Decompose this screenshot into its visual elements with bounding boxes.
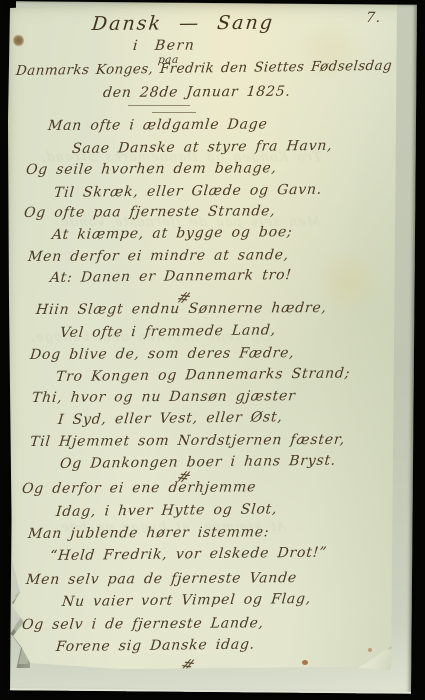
poem-line: Men selv paa de fjerneste Vande xyxy=(25,570,298,588)
rust-fleck xyxy=(302,660,308,665)
ink-stain xyxy=(13,34,24,47)
poem-line: Tro Kongen og Dannemarks Strand; xyxy=(55,365,351,385)
song-subtitle: i Bern xyxy=(132,38,196,54)
poem-line: Og Dankongen boer i hans Bryst. xyxy=(59,453,337,472)
date-line: den 28de Januar 1825. xyxy=(102,84,291,101)
poem-line: At kiæmpe, at bygge og boe; xyxy=(51,224,293,243)
page-number: 7. xyxy=(365,10,382,26)
rust-fleck xyxy=(368,648,372,652)
song-title: Dansk — Sang xyxy=(91,12,275,35)
header-rule xyxy=(152,112,196,113)
poem-line: Men derfor ei mindre at sande, xyxy=(27,247,290,265)
date-underline xyxy=(128,105,190,106)
poem-line: Man jublende hører istemme: xyxy=(27,524,270,542)
poem-line: Forene sig Danske idag. xyxy=(55,637,256,655)
poem-line: Og ofte paa fjerneste Strande, xyxy=(23,203,276,221)
manuscript-page: Tro Kongen og Dannemarks Strand; Men sel… xyxy=(0,0,425,700)
poem-line: Og selv i de fjerneste Lande, xyxy=(21,615,264,633)
poem-line: Nu vaier vort Vimpel og Flag, xyxy=(61,591,312,610)
poem-line: Og seile hvorhen dem behage, xyxy=(25,160,277,178)
poem-line: Til Hjemmet som Nordstjernen fæster, xyxy=(29,432,346,450)
poem-line: At: Danen er Dannemark tro! xyxy=(49,267,292,286)
poem-line: Til Skræk, eller Glæde og Gavn. xyxy=(53,182,323,201)
poem-line: Idag, i hver Hytte og Slot, xyxy=(55,501,278,520)
poem-line: Saae Danske at styre fra Havn, xyxy=(71,138,333,157)
dedication-line: Danmarks Konges, Fredrik den Siettes Fød… xyxy=(15,58,393,79)
poem-line: I Syd, eller Vest, eller Øst, xyxy=(57,409,283,428)
poem-line: Dog blive de, som deres Fædre, xyxy=(29,345,295,363)
poem-line: “Held Fredrik, vor elskede Drot!” xyxy=(49,545,328,564)
age-stain xyxy=(322,240,374,324)
poem-line: Vel ofte i fremmede Land, xyxy=(59,322,276,341)
poem-line: Man ofte i ældgamle Dage xyxy=(47,116,268,134)
poem-line: Og derfor ei ene derhjemme xyxy=(21,479,257,497)
poem-line: Thi, hvor og nu Dansøn gjæster xyxy=(31,388,296,406)
poem-line: Hiin Slægt endnu Sønnerne hædre, xyxy=(35,300,327,318)
